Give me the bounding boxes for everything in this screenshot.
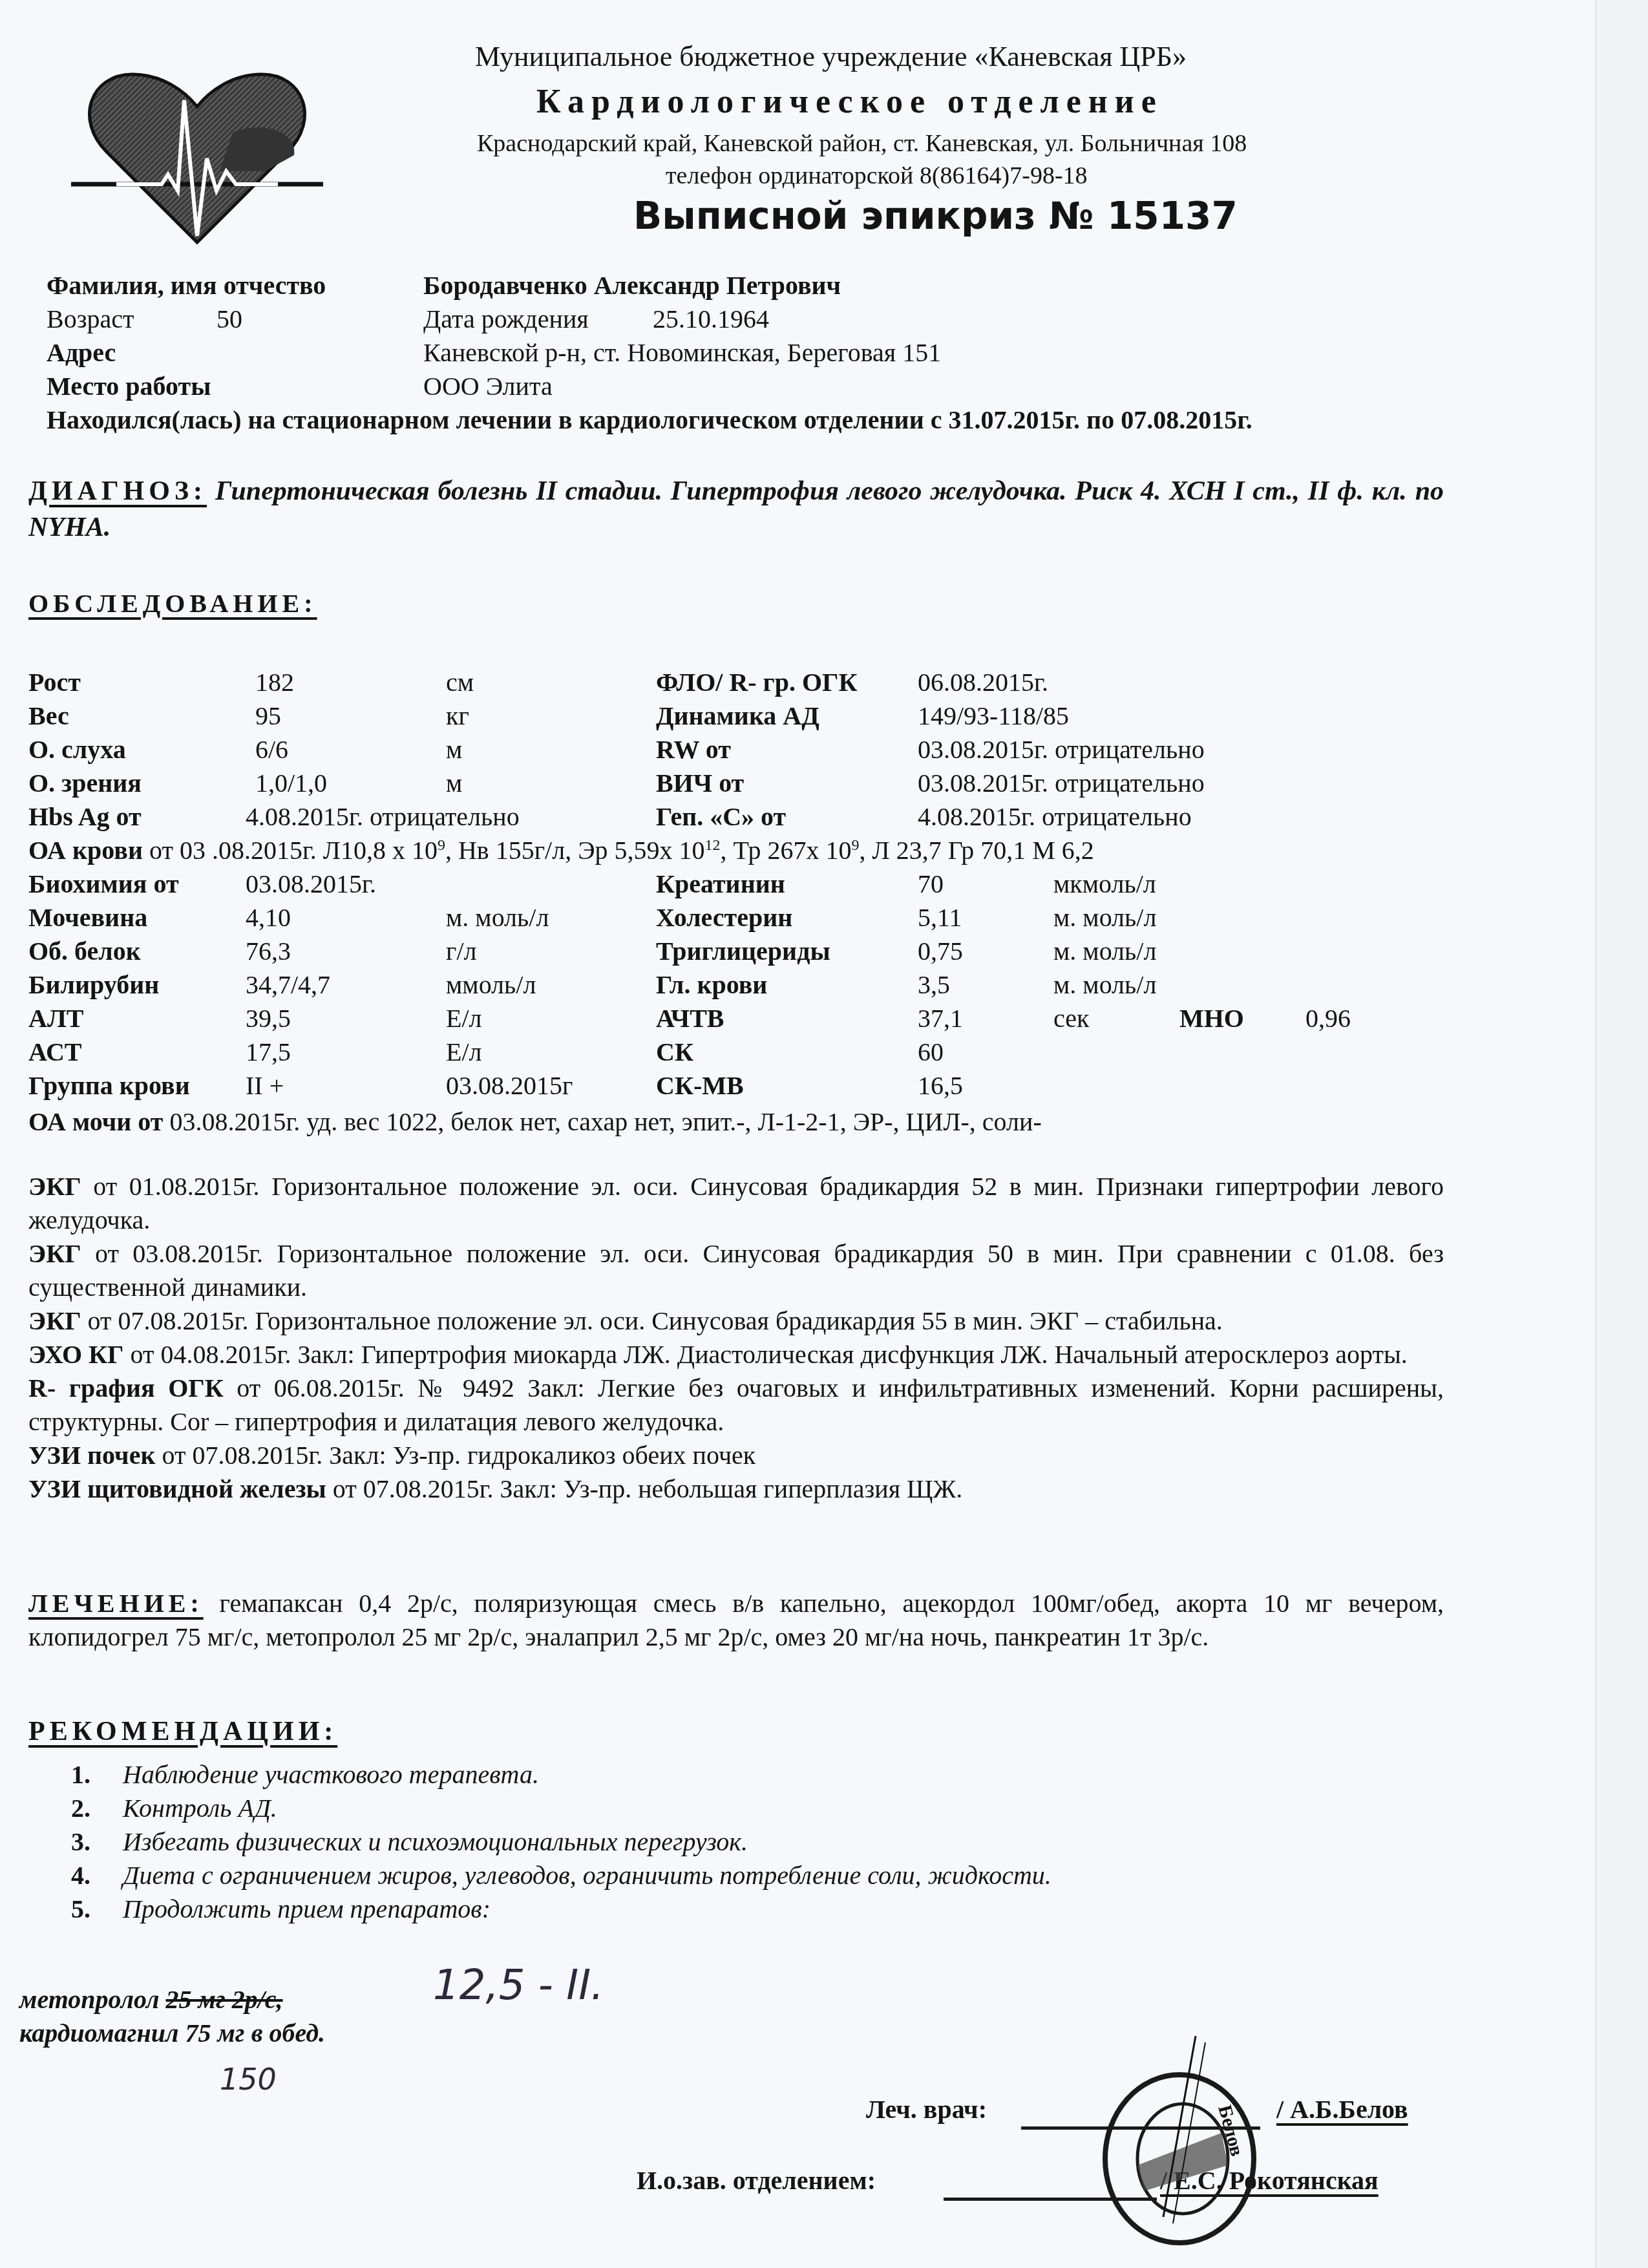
exam-value: 1,0/1,0 (255, 768, 327, 798)
item-number: 2. (71, 1792, 123, 1825)
recommendations-label: РЕКОМЕНДАЦИИ: (28, 1716, 337, 1747)
exam-value: 149/93-118/85 (918, 701, 1069, 731)
item-text: Диета с ограничением жиров, углеводов, о… (123, 1859, 1051, 1892)
exam-unit: м (446, 734, 462, 765)
drug-name: метопролол (19, 1985, 166, 2014)
exam-unit: кг (446, 701, 469, 731)
recommendations-list: 1.Наблюдение участкового терапевта. 2.Ко… (71, 1758, 1051, 1926)
hepc-value: 4.08.2015г. отрицательно (918, 801, 1192, 832)
study-text: от 07.08.2015г. Закл: Уз-пр. гидрокалико… (155, 1441, 755, 1470)
study-label: УЗИ почек (28, 1441, 155, 1470)
biochem-unit: 03.08.2015г (446, 1070, 573, 1101)
exam-label: Вес (28, 701, 69, 731)
cbc-text: , Л 23,7 Гр 70,1 М 6,2 (860, 836, 1094, 865)
exam-value: 182 (255, 667, 294, 697)
study-text: от 07.08.2015г. Горизонтальное положение… (81, 1306, 1223, 1335)
biochem-label: СК (656, 1037, 693, 1067)
study-item: ЭКГ от 03.08.2015г. Горизонтальное полож… (28, 1237, 1444, 1304)
dob-label: Дата рождения (423, 304, 589, 334)
study-text: от 06.08.2015г. № 9492 Закл: Легкие без … (28, 1373, 1444, 1436)
study-label: ЭКГ (28, 1172, 81, 1201)
item-number: 3. (71, 1825, 123, 1859)
cbc-exp: 9 (852, 837, 860, 854)
study-item: УЗИ щитовидной железы от 07.08.2015г. За… (28, 1472, 1444, 1506)
exam-label: Рост (28, 667, 81, 697)
heart-ecg-icon (71, 61, 323, 255)
biochem-label: Об. белок (28, 936, 141, 966)
item-number: 4. (71, 1859, 123, 1892)
treatment-text: гемапаксан 0,4 2р/с, поляризующая смесь … (28, 1589, 1444, 1651)
cbc-exp: 12 (705, 837, 721, 854)
study-item: R- графия ОГК от 06.08.2015г. № 9492 Зак… (28, 1372, 1444, 1439)
age-label: Возраст (47, 304, 134, 334)
name-value: Бородавченко Александр Петрович (423, 270, 841, 301)
biochem-value: 70 (918, 869, 944, 899)
biochem-date: 03.08.2015г. (246, 869, 376, 899)
handwritten-dose: 12,5 - II. (433, 1962, 604, 2009)
dob-value: 25.10.1964 (653, 304, 769, 334)
work-value: ООО Элита (423, 371, 553, 401)
inr-label: МНО (1179, 1003, 1244, 1033)
cbc-label: ОА крови (28, 836, 143, 865)
hospital-stay: Находился(лась) на стационарном лечении … (47, 405, 1252, 435)
study-label: ЭКГ (28, 1306, 81, 1335)
study-item: ЭХО КГ от 04.08.2015г. Закл: Гипертрофия… (28, 1338, 1444, 1372)
study-label: ЭКГ (28, 1239, 81, 1268)
item-text: Контроль АД. (123, 1792, 277, 1825)
recommendation-item: 4.Диета с ограничением жиров, углеводов,… (71, 1859, 1051, 1892)
biochem-unit: Е/л (446, 1037, 482, 1067)
exam-value: 95 (255, 701, 281, 731)
doctor-label: Леч. врач: (866, 2094, 987, 2125)
biochem-unit: м. моль/л (1053, 970, 1156, 1000)
biochem-label: Мочевина (28, 902, 147, 933)
biochem-value: 76,3 (246, 936, 291, 966)
item-text: Продолжить прием препаратов: (123, 1892, 491, 1926)
biochem-label: Гл. крови (656, 970, 767, 1000)
recommendation-item: 2.Контроль АД. (71, 1792, 1051, 1825)
work-label: Место работы (47, 371, 211, 401)
exam-label: О. зрения (28, 768, 142, 798)
biochem-label: АЛТ (28, 1003, 83, 1033)
recommendation-item: 5.Продолжить прием препаратов: (71, 1892, 1051, 1926)
item-text: Наблюдение участкового терапевта. (123, 1758, 539, 1792)
scan-page-edge (1595, 0, 1648, 2268)
study-item: ЭКГ от 07.08.2015г. Горизонтальное полож… (28, 1304, 1444, 1338)
exam-value: 03.08.2015г. отрицательно (918, 768, 1205, 798)
document-title: Выписной эпикриз № 15137 (633, 194, 1238, 238)
study-item: УЗИ почек от 07.08.2015г. Закл: Уз-пр. г… (28, 1439, 1444, 1472)
biochem-unit: мкмоль/л (1053, 869, 1156, 899)
exam-label: RW от (656, 734, 731, 765)
item-number: 1. (71, 1758, 123, 1792)
study-item: ЭКГ от 01.08.2015г. Горизонтальное полож… (28, 1170, 1444, 1237)
treatment-label: ЛЕЧЕНИЕ: (28, 1589, 204, 1618)
study-text: от 04.08.2015г. Закл: Гипертрофия миокар… (124, 1340, 1408, 1369)
biochem-label: Креатинин (656, 869, 785, 899)
item-number: 5. (71, 1892, 123, 1926)
doctor-name: / А.Б.Белов (1276, 2094, 1408, 2125)
biochem-label: АЧТВ (656, 1003, 724, 1033)
address-value: Каневской р-н, ст. Новоминская, Берегова… (423, 337, 941, 368)
study-label: УЗИ щитовидной железы (28, 1474, 326, 1503)
inr-value: 0,96 (1305, 1003, 1351, 1033)
hepc-label: Геп. «С» от (656, 801, 786, 832)
handwritten-note: 150 (220, 2062, 277, 2097)
diagnosis-label: ДИАГНОЗ: (28, 476, 207, 506)
biochem-value: 16,5 (918, 1070, 963, 1101)
biochem-value: 39,5 (246, 1003, 291, 1033)
recommendation-item: 3.Избегать физических и психоэмоциональн… (71, 1825, 1051, 1859)
drug-metoprolol: метопролол 25 мг 2р/с, (19, 1984, 283, 2015)
address-label: Адрес (47, 337, 116, 368)
cbc-text: , Нв 155г/л, Эр 5,59х 10 (445, 836, 705, 865)
biochem-value: 5,11 (918, 902, 962, 933)
study-text: от 01.08.2015г. Горизонтальное положение… (28, 1172, 1444, 1235)
biochem-value: 3,5 (918, 970, 950, 1000)
diagnosis-text: Гипертоническая болезнь II стадии. Гипер… (28, 476, 1444, 542)
exam-label: Динамика АД (656, 701, 819, 731)
urine-label: ОА мочи от (28, 1107, 163, 1136)
head-label: И.о.зав. отделением: (637, 2165, 876, 2196)
hbs-value: 4.08.2015г. отрицательно (246, 801, 520, 832)
exam-label: ОБСЛЕДОВАНИЕ: (28, 588, 317, 619)
study-text: от 03.08.2015г. Горизонтальное положение… (28, 1239, 1444, 1302)
cbc-text: от 03 .08.2015г. Л10,8 х 10 (149, 836, 438, 865)
biochem-unit: м. моль/л (446, 902, 549, 933)
studies: ЭКГ от 01.08.2015г. Горизонтальное полож… (28, 1170, 1444, 1506)
cbc-exp: 9 (438, 837, 445, 854)
recommendation-item: 1.Наблюдение участкового терапевта. (71, 1758, 1051, 1792)
biochem-value: 34,7/4,7 (246, 970, 330, 1000)
biochem-value: 37,1 (918, 1003, 963, 1033)
drug-cardiomagnyl: кардиомагнил 75 мг в обед. (19, 2018, 325, 2048)
biochem-value: 17,5 (246, 1037, 291, 1067)
exam-unit: см (446, 667, 474, 697)
exam-label: ФЛО/ R- гр. ОГК (656, 667, 858, 697)
study-label: ЭХО КГ (28, 1340, 124, 1369)
item-text: Избегать физических и психоэмоциональных… (123, 1825, 748, 1859)
exam-label: О. слуха (28, 734, 126, 765)
round-stamp-icon: Белов (1099, 2036, 1267, 2249)
department-name: Кардиологическое отделение (536, 83, 1163, 121)
biochem-label: АСТ (28, 1037, 81, 1067)
biochem-unit: м. моль/л (1053, 902, 1156, 933)
cbc-text: , Тр 267х 10 (721, 836, 852, 865)
age-value: 50 (217, 304, 242, 334)
biochem-label: Триглицериды (656, 936, 830, 966)
exam-value: 6/6 (255, 734, 288, 765)
name-label: Фамилия, имя отчество (47, 270, 326, 301)
exam-label: ВИЧ от (656, 768, 744, 798)
biochem-unit: г/л (446, 936, 476, 966)
diagnosis: ДИАГНОЗ: Гипертоническая болезнь II стад… (28, 473, 1444, 546)
biochem-label: Группа крови (28, 1070, 190, 1101)
biochem-unit: м. моль/л (1053, 936, 1156, 966)
urine-text: 03.08.2015г. уд. вес 1022, белок нет, са… (163, 1107, 1041, 1136)
biochem-value: II + (246, 1070, 284, 1101)
biochem-unit: Е/л (446, 1003, 482, 1033)
urine-row: ОА мочи от 03.08.2015г. уд. вес 1022, бе… (28, 1107, 1042, 1137)
biochem-label: СК-МВ (656, 1070, 744, 1101)
cbc-row: ОА крови от 03 .08.2015г. Л10,8 х 109, Н… (28, 835, 1094, 865)
struck-dose: 25 мг 2р/с, (166, 1985, 283, 2014)
exam-value: 03.08.2015г. отрицательно (918, 734, 1205, 765)
biochem-unit: ммоль/л (446, 970, 536, 1000)
exam-value: 06.08.2015г. (918, 667, 1048, 697)
institution-phone: телефон ординаторской 8(86164)7-98-18 (666, 162, 1088, 190)
biochem-value: 4,10 (246, 902, 291, 933)
biochem-value: 60 (918, 1037, 944, 1067)
institution-name: Муниципальное бюджетное учреждение «Кане… (475, 40, 1187, 73)
biochem-unit: сек (1053, 1003, 1089, 1033)
biochem-value: 0,75 (918, 936, 963, 966)
institution-address: Краснодарский край, Каневской район, ст.… (477, 129, 1247, 158)
biochem-label: Биохимия от (28, 869, 179, 899)
study-text: от 07.08.2015г. Закл: Уз-пр. небольшая г… (326, 1474, 963, 1503)
study-label: R- графия ОГК (28, 1373, 224, 1403)
biochem-label: Холестерин (656, 902, 792, 933)
exam-unit: м (446, 768, 462, 798)
treatment: ЛЕЧЕНИЕ: гемапаксан 0,4 2р/с, поляризующ… (28, 1587, 1444, 1654)
hbs-label: Hbs Ag от (28, 801, 142, 832)
biochem-label: Билирубин (28, 970, 159, 1000)
